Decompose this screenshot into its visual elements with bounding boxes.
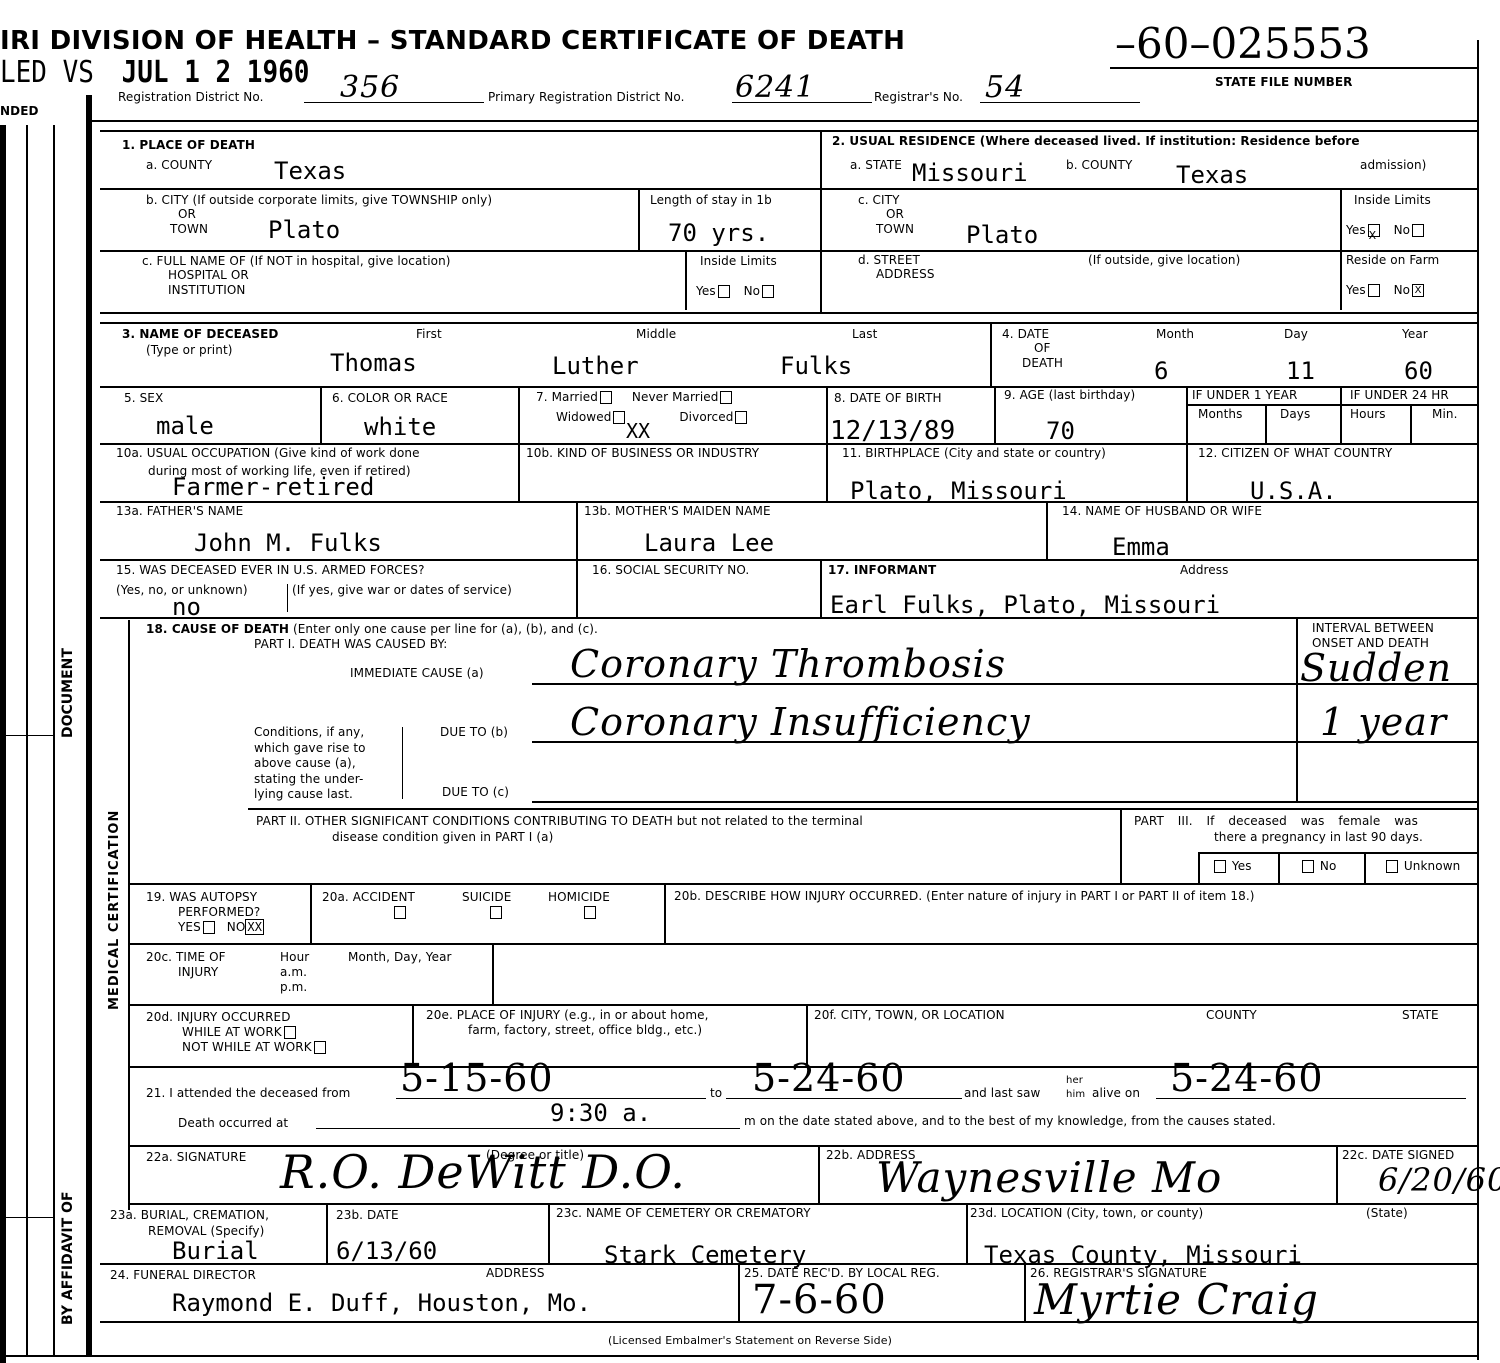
interval-a: Sudden: [1300, 648, 1452, 688]
death-city: Plato: [268, 217, 340, 243]
part-3-label: PART III. If deceased was female was: [1134, 814, 1418, 828]
length-of-stay: 70 yrs.: [668, 220, 769, 246]
informant-label: 17. INFORMANT: [828, 563, 936, 577]
primary-reg-district-value: 6241: [735, 68, 815, 108]
side-label-medical-certification: MEDICAL CERTIFICATION: [107, 810, 122, 1010]
name-label: 3. NAME OF DECEASED: [122, 327, 278, 341]
street-note: (If outside, give location): [1088, 253, 1240, 267]
admission-label: admission): [1360, 158, 1426, 172]
due-to-c-label: DUE TO (c): [442, 785, 509, 799]
attended-from-label: 21. I attended the deceased from: [146, 1086, 350, 1100]
conditions-note: Conditions, if any, which gave rise to a…: [254, 725, 366, 803]
at-work-label: 20d. INJURY OCCURRED: [146, 1010, 291, 1024]
first-name: Thomas: [330, 350, 417, 376]
last-name: Fulks: [780, 353, 852, 379]
divorced-checkbox[interactable]: [735, 411, 747, 424]
injury-state-label: STATE: [1402, 1008, 1439, 1022]
stay-label: Length of stay in 1b: [650, 193, 772, 207]
homicide-label: HOMICIDE: [548, 890, 610, 904]
inside-limits-label: Inside Limits: [700, 254, 777, 268]
residence-inside-yes-checkbox[interactable]: X: [1368, 224, 1380, 237]
physician-address: Waynesville Mo: [876, 1158, 1222, 1198]
date-of-birth: 12/13/89: [830, 418, 955, 444]
race: white: [364, 414, 436, 440]
burial-date: 6/13/60: [336, 1238, 437, 1264]
left-margin-line: [26, 125, 28, 1355]
occupation-label: 10a. USUAL OCCUPATION (Give kind of work…: [116, 446, 420, 460]
age-label: 9. AGE (last birthday): [1004, 388, 1135, 402]
city-or: OR: [178, 207, 196, 221]
residence-inside-no-checkbox[interactable]: [1412, 224, 1424, 237]
residence-inside-limits-label: Inside Limits: [1354, 193, 1431, 207]
burial-location-label: 23d. LOCATION (City, town, or county): [970, 1206, 1203, 1220]
due-to-b: Coronary Insufficiency: [570, 702, 1031, 742]
residence-city-label: c. CITY: [858, 193, 900, 207]
marital-status: 7. Married Never Married: [536, 390, 734, 404]
residence-city: Plato: [966, 222, 1038, 248]
part-2-label: PART II. OTHER SIGNIFICANT CONDITIONS CO…: [256, 814, 863, 828]
date-received: 7-6-60: [752, 1280, 887, 1320]
dob-label: 8. DATE OF BIRTH: [834, 391, 942, 405]
residence-county: Texas: [1176, 162, 1248, 188]
left-margin-bar: [0, 125, 6, 1363]
residence-county-label: b. COUNTY: [1066, 158, 1132, 172]
death-year: 60: [1404, 358, 1433, 384]
registrar-no-value: 54: [985, 68, 1025, 108]
registrar-signature: Myrtie Craig: [1034, 1280, 1319, 1320]
cemetery-label: 23c. NAME OF CEMETERY OR CREMATORY: [556, 1206, 811, 1220]
father-name: John M. Fulks: [194, 530, 382, 556]
hospital-label: c. FULL NAME OF (If NOT in hospital, giv…: [142, 254, 451, 268]
last-seen-alive: 5-24-60: [1170, 1058, 1324, 1098]
residence-state: Missouri: [912, 160, 1028, 186]
attended-from: 5-15-60: [400, 1058, 554, 1098]
thick-border-left: [86, 95, 92, 1355]
death-occurred-label: Death occurred at: [178, 1116, 288, 1130]
occupation: Farmer-retired: [172, 474, 374, 500]
birthplace-label: 11. BIRTHPLACE (City and state or countr…: [842, 446, 1106, 460]
place-of-injury-label: 20e. PLACE OF INJURY (e.g., in or about …: [426, 1008, 709, 1022]
pregnancy-yes[interactable]: Yes: [1212, 859, 1252, 873]
burial-type-label: 23a. BURIAL, CREMATION,: [110, 1208, 269, 1222]
married-checkbox[interactable]: [600, 391, 612, 404]
inside-limits-no-checkbox[interactable]: [762, 285, 774, 298]
interval-label: INTERVAL BETWEEN: [1312, 621, 1434, 635]
death-month: 6: [1154, 358, 1168, 384]
part-1-label: PART I. DEATH WAS CAUSED BY:: [254, 637, 447, 651]
physician-signature: R.O. DeWitt D.O.: [280, 1152, 686, 1192]
widowed-checkbox[interactable]: [613, 411, 625, 424]
residence-inside-limits: YesX No: [1346, 223, 1426, 237]
usual-residence-heading: 2. USUAL RESIDENCE (Where deceased lived…: [832, 134, 1360, 148]
embalmer-note: (Licensed Embalmer's Statement on Revers…: [608, 1334, 892, 1348]
interval-b: 1 year: [1320, 702, 1447, 742]
filed-date: JUL 1 2 1960: [122, 56, 310, 91]
spouse-label: 14. NAME OF HUSBAND OR WIFE: [1062, 504, 1262, 518]
city-town: TOWN: [170, 222, 208, 236]
spouse-name: Emma: [1112, 534, 1170, 560]
autopsy-yes-checkbox[interactable]: [203, 921, 215, 934]
hospital-label-2: HOSPITAL OR: [168, 268, 249, 282]
farm-no-checkbox[interactable]: X: [1412, 284, 1424, 297]
while-at-work-checkbox[interactable]: [284, 1026, 296, 1039]
side-label-affidavit: BY AFFIDAVIT OF: [60, 1191, 76, 1325]
burial-type: Burial: [172, 1238, 259, 1264]
place-of-death-heading: 1. PLACE OF DEATH: [122, 138, 255, 152]
not-at-work-checkbox[interactable]: [314, 1041, 326, 1054]
business-label: 10b. KIND OF BUSINESS OR INDUSTRY: [526, 446, 759, 460]
signature-label: 22a. SIGNATURE: [146, 1150, 246, 1164]
armed-forces-label: 15. WAS DECEASED EVER IN U.S. ARMED FORC…: [116, 563, 425, 577]
accident-checkbox[interactable]: [394, 906, 406, 919]
injury-city-label: 20f. CITY, TOWN, OR LOCATION: [814, 1008, 1005, 1022]
pregnancy-no[interactable]: No: [1300, 859, 1336, 873]
due-to-b-label: DUE TO (b): [440, 725, 508, 739]
attended-to: 5-24-60: [752, 1058, 906, 1098]
death-inside-limits: Yes No: [696, 284, 776, 298]
funeral-address-label: ADDRESS: [486, 1266, 545, 1280]
registrar-no-label: Registrar's No.: [874, 90, 963, 104]
mother-maiden-name: Laura Lee: [644, 530, 774, 556]
filed-stamp-label: LED VS: [0, 56, 94, 91]
reside-on-farm: Yes NoX: [1346, 283, 1426, 297]
citizen-label: 12. CITIZEN OF WHAT COUNTRY: [1198, 446, 1392, 460]
brace: [398, 727, 403, 799]
widowed-mark: XX: [626, 418, 650, 444]
pregnancy-unknown[interactable]: Unknown: [1384, 859, 1460, 873]
burial-date-label: 23b. DATE: [336, 1208, 399, 1222]
ssn-label: 16. SOCIAL SECURITY NO.: [592, 563, 749, 577]
county-label: a. COUNTY: [146, 158, 212, 172]
certificate-title: IRI DIVISION OF HEALTH – STANDARD CERTIF…: [0, 26, 905, 56]
father-label: 13a. FATHER'S NAME: [116, 504, 243, 518]
state-file-number: –60–025553: [1115, 22, 1371, 66]
city-label: b. CITY (If outside corporate limits, gi…: [146, 193, 492, 207]
funeral-director: Raymond E. Duff, Houston, Mo.: [172, 1290, 591, 1316]
inside-limits-yes-checkbox[interactable]: [718, 285, 730, 298]
reside-on-farm-label: Reside on Farm: [1346, 253, 1439, 267]
reg-district-label: Registration District No.: [118, 90, 264, 104]
margin-rule: [53, 125, 55, 1355]
amended-label: NDED: [0, 104, 39, 118]
death-county: Texas: [274, 158, 346, 184]
funeral-director-label: 24. FUNERAL DIRECTOR: [110, 1268, 256, 1282]
suicide-label: SUICIDE: [462, 890, 511, 904]
race-label: 6. COLOR OR RACE: [332, 391, 448, 405]
hospital-label-3: INSTITUTION: [168, 283, 246, 297]
middle-name: Luther: [552, 353, 639, 379]
describe-injury-label: 20b. DESCRIBE HOW INJURY OCCURRED. (Ente…: [674, 889, 1255, 903]
autopsy-label: 19. WAS AUTOPSY: [146, 890, 257, 904]
death-day: 11: [1286, 358, 1315, 384]
cause-heading: 18. CAUSE OF DEATH (Enter only one cause…: [146, 622, 598, 636]
side-label-document: DOCUMENT: [60, 648, 76, 738]
sex-label: 5. SEX: [124, 391, 163, 405]
farm-yes-checkbox[interactable]: [1368, 284, 1380, 297]
reg-district-value: 356: [340, 68, 400, 108]
never-married-checkbox[interactable]: [720, 391, 732, 404]
sex: male: [156, 413, 214, 439]
accident-label: 20a. ACCIDENT: [322, 890, 415, 904]
injury-county-label: COUNTY: [1206, 1008, 1257, 1022]
homicide-checkbox[interactable]: [584, 906, 596, 919]
primary-reg-district-label: Primary Registration District No.: [488, 90, 685, 104]
street-label: d. STREET: [858, 253, 920, 267]
autopsy-options: YES NOXX: [178, 920, 264, 934]
state-file-number-label: STATE FILE NUMBER: [1215, 75, 1353, 89]
time-of-injury-label: 20c. TIME OF: [146, 950, 226, 964]
filed-stamp: LED VS JUL 1 2 1960: [0, 56, 309, 91]
immediate-cause-label: IMMEDIATE CAUSE (a): [350, 666, 484, 680]
suicide-checkbox[interactable]: [490, 906, 502, 919]
age: 70: [1046, 418, 1075, 444]
mother-label: 13b. MOTHER'S MAIDEN NAME: [584, 504, 771, 518]
autopsy-no-mark[interactable]: XX: [245, 919, 264, 935]
immediate-cause: Coronary Thrombosis: [570, 644, 1006, 684]
date-signed: 6/20/60: [1378, 1160, 1500, 1200]
informant: Earl Fulks, Plato, Missouri: [830, 592, 1220, 618]
state-label: a. STATE: [850, 158, 902, 172]
death-time: 9:30 a.: [550, 1100, 651, 1126]
